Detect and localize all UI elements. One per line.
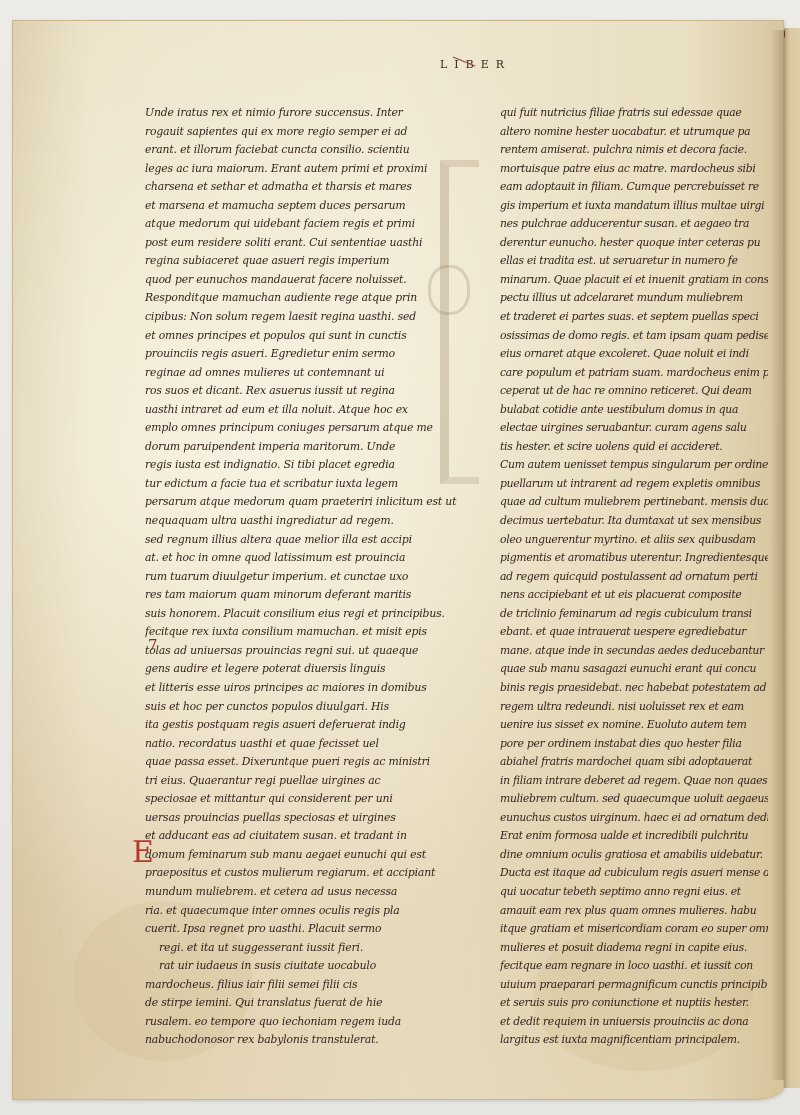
text-line: altero nomine hester uocabatur. et utrum…: [500, 123, 768, 142]
text-line: bulabat cotidie ante uestibulum domus in…: [500, 401, 768, 420]
text-line: suis et hoc per cunctos populos diuulgar…: [145, 698, 457, 717]
text-line: uersas prouincias puellas speciosas et u…: [145, 809, 457, 828]
text-line: itque gratiam et misericordiam coram eo …: [500, 920, 768, 939]
text-line: cuerit. Ipsa regnet pro uasthi. Placuit …: [145, 920, 457, 939]
text-line: praepositus et custos mulierum regiarum.…: [145, 864, 457, 883]
text-line: charsena et sethar et admatha et tharsis…: [145, 178, 457, 197]
text-line: muliebrem cultum. sed quaecumque uoluit …: [500, 790, 768, 809]
text-line: mane. atque inde in secundas aedes deduc…: [500, 642, 768, 661]
text-line: at. et hoc in omne quod latissimum est p…: [145, 549, 457, 568]
text-line: et omnes principes et populos qui sunt i…: [145, 327, 457, 346]
text-line: eam adoptauit in filiam. Cumque percrebu…: [500, 178, 768, 197]
text-line: rat uir iudaeus in susis ciuitate uocabu…: [145, 957, 457, 976]
text-line: uasthi intraret ad eum et illa noluit. A…: [145, 401, 457, 420]
text-line: regem ultra redeundi. nisi uoluisset rex…: [500, 698, 768, 717]
next-leaf-edge: [782, 28, 800, 1088]
text-line: Responditque mamuchan audiente rege atqu…: [145, 289, 457, 308]
text-line: sed regnum illius altera quae melior ill…: [145, 531, 457, 550]
text-line: rum tuarum diuulgetur imperium. et cunct…: [145, 568, 457, 587]
text-line: quae passa esset. Dixeruntque pueri regi…: [145, 753, 457, 772]
text-line: speciosae et mittantur qui considerent p…: [145, 790, 457, 809]
text-line: pigmentis et aromatibus uterentur. Ingre…: [500, 549, 768, 568]
text-line: oleo unguerentur myrtino. et aliis sex q…: [500, 531, 768, 550]
text-line: Unde iratus rex et nimio furore succensu…: [145, 104, 457, 123]
text-line: regis iusta est indignatio. Si tibi plac…: [145, 456, 457, 475]
text-line: gens audire et legere poterat diuersis l…: [145, 660, 457, 679]
text-line: fecitque rex iuxta consilium mamuchan. e…: [145, 623, 457, 642]
text-line: atque medorum qui uidebant faciem regis …: [145, 215, 457, 234]
text-line: Erat enim formosa ualde et incredibili p…: [500, 827, 768, 846]
text-line: ria. et quaecumque inter omnes oculis re…: [145, 902, 457, 921]
text-line: et dedit requiem in uniuersis prouinciis…: [500, 1013, 768, 1032]
text-line: quae ad cultum muliebrem pertinebant. me…: [500, 493, 768, 512]
text-column-right: qui fuit nutricius filiae fratris sui ed…: [500, 104, 768, 1050]
text-line: amauit eam rex plus quam omnes mulieres.…: [500, 902, 768, 921]
text-line: mulieres et posuit diadema regni in capi…: [500, 939, 768, 958]
text-line: quae sub manu sasagazi eunuchi erant qui…: [500, 660, 768, 679]
text-line: care populum et patriam suam. mardocheus…: [500, 364, 768, 383]
text-line: minarum. Quae placuit ei et inuenit grat…: [500, 271, 768, 290]
text-line: leges ac iura maiorum. Erant autem primi…: [145, 160, 457, 179]
text-line: tis hester. et scire uolens quid ei acci…: [500, 438, 768, 457]
text-line: mardocheus. filius iair filii semei fili…: [145, 976, 457, 995]
text-line: cipibus: Non solum regem laesit regina u…: [145, 308, 457, 327]
text-line: Cum autem uenisset tempus singularum per…: [500, 456, 768, 475]
text-line: et marsena et mamucha septem duces persa…: [145, 197, 457, 216]
text-line: decimus uertebatur. Ita dumtaxat ut sex …: [500, 512, 768, 531]
text-line: tolas ad uniuersas prouincias regni sui.…: [145, 642, 457, 661]
text-line: mortuisque patre eius ac matre. mardoche…: [500, 160, 768, 179]
text-line: de stirpe iemini. Qui translatus fuerat …: [145, 994, 457, 1013]
text-line: eius ornaret atque excoleret. Quae nolui…: [500, 345, 768, 364]
text-line: ad regem quicquid postulassent ad ornatu…: [500, 568, 768, 587]
text-column-left: Unde iratus rex et nimio furore succensu…: [145, 104, 457, 1050]
text-line: prouinciis regis asueri. Egredietur enim…: [145, 345, 457, 364]
text-line: rentem amiserat. pulchra nimis et decora…: [500, 141, 768, 160]
text-line: rusalem. eo tempore quo iechoniam regem …: [145, 1013, 457, 1032]
text-line: suis honorem. Placuit consilium eius reg…: [145, 605, 457, 624]
text-line: gis imperium et iuxta mandatum illius mu…: [500, 197, 768, 216]
text-line: emplo omnes principum coniuges persarum …: [145, 419, 457, 438]
text-line: uiuium praeparari permagnificum cunctis …: [500, 976, 768, 995]
text-line: ros suos et dicant. Rex asuerus iussit u…: [145, 382, 457, 401]
text-line: res tam maiorum quam minorum deferant ma…: [145, 586, 457, 605]
text-line: reginae ad omnes mulieres ut contemnant …: [145, 364, 457, 383]
running-header: LIBER: [440, 58, 511, 71]
text-line: ebant. et quae intrauerat uespere egredi…: [500, 623, 768, 642]
text-line: ellas ei tradita est. ut seruaretur in n…: [500, 252, 768, 271]
text-line: quod per eunuchos mandauerat facere nolu…: [145, 271, 457, 290]
text-line: uenire ius sisset ex nomine. Euoluto aut…: [500, 716, 768, 735]
text-line: erant. et illorum faciebat cuncta consil…: [145, 141, 457, 160]
text-line: nes pulchrae adducerentur susan. et aega…: [500, 215, 768, 234]
gutter-shadow: [770, 30, 784, 1080]
text-line: pore per ordinem instabat dies quo heste…: [500, 735, 768, 754]
text-line: puellarum ut intrarent ad regem expletis…: [500, 475, 768, 494]
text-line: persarum atque medorum quam praeteriri i…: [145, 493, 457, 512]
text-line: abiahel fratris mardochei quam sibi adop…: [500, 753, 768, 772]
text-line: binis regis praesidebat. nec habebat pot…: [500, 679, 768, 698]
text-line: dorum paruipendent imperia maritorum. Un…: [145, 438, 457, 457]
text-line: tri eius. Quaerantur regi puellae uirgin…: [145, 772, 457, 791]
text-line: eunuchus custos uirginum. haec ei ad orn…: [500, 809, 768, 828]
text-line: post eum residere soliti erant. Cui sent…: [145, 234, 457, 253]
text-line: domum feminarum sub manu aegaei eunuchi …: [145, 846, 457, 865]
text-line: electae uirgines seruabantur. curam agen…: [500, 419, 768, 438]
text-line: derentur eunucho. hester quoque inter ce…: [500, 234, 768, 253]
text-line: ita gestis postquam regis asueri deferue…: [145, 716, 457, 735]
text-line: et litteris esse uiros principes ac maio…: [145, 679, 457, 698]
text-line: rogauit sapientes qui ex more regio semp…: [145, 123, 457, 142]
text-line: nequaquam ultra uasthi ingrediatur ad re…: [145, 512, 457, 531]
text-line: natio. recordatus uasthi et quae fecisse…: [145, 735, 457, 754]
text-line: qui uocatur tebeth septimo anno regni ei…: [500, 883, 768, 902]
text-line: in filiam intrare deberet ad regem. Quae…: [500, 772, 768, 791]
text-line: de triclinio feminarum ad regis cubiculu…: [500, 605, 768, 624]
text-line: regi. et ita ut suggesserant iussit fier…: [145, 939, 457, 958]
text-line: fecitque eam regnare in loco uasthi. et …: [500, 957, 768, 976]
text-line: Ducta est itaque ad cubiculum regis asue…: [500, 864, 768, 883]
text-line: nabuchodonosor rex babylonis transtulera…: [145, 1031, 457, 1050]
text-line: largitus est iuxta magnificentiam princi…: [500, 1031, 768, 1050]
text-line: pectu illius ut adcelararet mundum mulie…: [500, 289, 768, 308]
text-line: et adducant eas ad ciuitatem susan. et t…: [145, 827, 457, 846]
text-line: et seruis suis pro coniunctione et nupti…: [500, 994, 768, 1013]
text-line: mundum muliebrem. et cetera ad usus nece…: [145, 883, 457, 902]
text-line: tur edictum a facie tua et scribatur iux…: [145, 475, 457, 494]
decorated-initial: E: [132, 838, 154, 868]
text-line: nens accipiebant et ut eis placuerat com…: [500, 586, 768, 605]
text-line: qui fuit nutricius filiae fratris sui ed…: [500, 104, 768, 123]
text-line: osissimas de domo regis. et tam ipsam qu…: [500, 327, 768, 346]
text-line: et traderet ei partes suas. et septem pu…: [500, 308, 768, 327]
text-line: dine omnium oculis gratiosa et amabilis …: [500, 846, 768, 865]
text-line: ceperat ut de hac re omnino reticeret. Q…: [500, 382, 768, 401]
text-line: regina subiaceret quae asueri regis impe…: [145, 252, 457, 271]
